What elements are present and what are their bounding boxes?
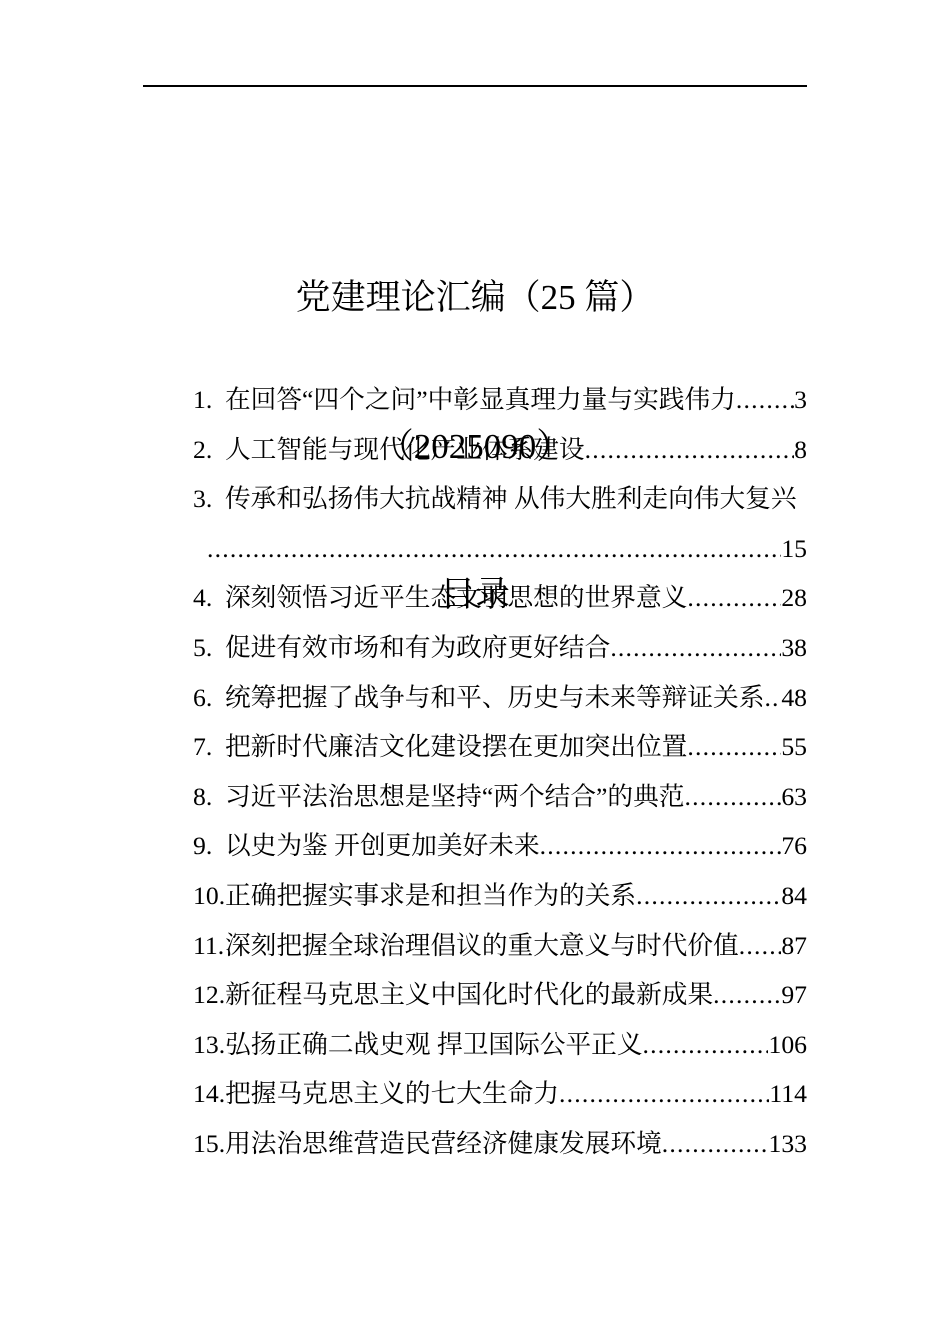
toc-leader-dots: ........................................… (736, 375, 794, 425)
toc-leader-dots: ........................................… (636, 871, 781, 921)
toc-leader-dots: ........................................… (739, 921, 782, 971)
toc-page-number: 15 (781, 524, 807, 574)
toc-item-number: 2. (193, 425, 225, 475)
toc-item-title: 深刻把握全球治理倡议的重大意义与时代价值 (225, 921, 739, 971)
toc-page-number: 55 (781, 722, 807, 772)
toc-item-number: 4. (193, 573, 225, 623)
toc-row: 8. 习近平法治思想是坚持“两个结合”的典范 .................… (143, 772, 807, 822)
toc-item-number: 1. (193, 375, 225, 425)
toc-item-number: 6. (193, 673, 225, 723)
toc-row: 11. 深刻把握全球治理倡议的重大意义与时代价值 ...............… (143, 921, 807, 971)
toc-leader-dots: ........................................… (540, 821, 782, 871)
toc-row: 7. 把新时代廉洁文化建设摆在更加突出位置 ..................… (143, 722, 807, 772)
toc-item-title: 弘扬正确二战史观 捍卫国际公平正义 (225, 1020, 642, 1070)
toc-page-number: 76 (781, 821, 807, 871)
toc-item-title: 正确把握实事求是和担当作为的关系 (225, 871, 636, 921)
toc-row: 3. 传承和弘扬伟大抗战精神 从伟大胜利走向伟大复兴 (143, 474, 807, 524)
toc-leader-dots: ........................................… (610, 623, 781, 673)
toc-item-title: 习近平法治思想是坚持“两个结合”的典范 (225, 772, 685, 822)
toc-item-title: 传承和弘扬伟大抗战精神 从伟大胜利走向伟大复兴 (225, 474, 797, 524)
toc-page-number: 87 (781, 921, 807, 971)
doc-title: 党建理论汇编（25 篇） (143, 273, 807, 323)
toc-row: 6. 统筹把握了战争与和平、历史与未来等辩证关系 ...............… (143, 673, 807, 723)
toc-row: 4. 深刻领悟习近平生态文明思想的世界意义 ..................… (143, 573, 807, 623)
toc-row: 2. 人工智能与现代化产业体系建设 ......................… (143, 425, 807, 475)
toc-page-number: 106 (768, 1020, 807, 1070)
toc-item-number: 13. (193, 1020, 225, 1070)
toc-leader-dots: ........................................… (643, 1020, 769, 1070)
toc-page-number: 97 (781, 970, 807, 1020)
toc-row: 9. 以史为鉴 开创更加美好未来 .......................… (143, 821, 807, 871)
toc-page-number: 3 (794, 375, 807, 425)
document-page: 党建理论汇编（25 篇） （2025090） 目录 1. 在回答“四个之问”中彰… (0, 0, 950, 1344)
toc-leader-dots: ........................................… (207, 524, 781, 574)
toc-page-number: 8 (794, 425, 807, 475)
toc-item-title: 新征程马克思主义中国化时代化的最新成果 (225, 970, 713, 1020)
toc-item-title: 用法治思维营造民营经济健康发展环境 (225, 1119, 662, 1169)
toc-leader-dots: ........................................… (764, 673, 781, 723)
toc-item-number: 12. (193, 970, 225, 1020)
toc-leader-dots: ........................................… (687, 722, 781, 772)
toc-row: 12. 新征程马克思主义中国化时代化的最新成果 ................… (143, 970, 807, 1020)
toc-item-number: 14. (193, 1069, 225, 1119)
toc-page-number: 84 (781, 871, 807, 921)
toc-item-title: 把握马克思主义的七大生命力 (225, 1069, 559, 1119)
toc-page-number: 48 (781, 673, 807, 723)
toc-item-title: 促进有效市场和有为政府更好结合 (225, 623, 610, 673)
toc-item-title: 统筹把握了战争与和平、历史与未来等辩证关系 (225, 673, 764, 723)
toc-page-number: 38 (781, 623, 807, 673)
toc-page-number: 28 (781, 573, 807, 623)
toc-item-title: 人工智能与现代化产业体系建设 (225, 425, 585, 475)
toc-row: 14. 把握马克思主义的七大生命力 ......................… (143, 1069, 807, 1119)
toc-row: 15. 用法治思维营造民营经济健康发展环境 ..................… (143, 1119, 807, 1169)
toc-row: 5. 促进有效市场和有为政府更好结合 .....................… (143, 623, 807, 673)
toc-item-number: 11. (193, 921, 225, 971)
toc-row: 13. 弘扬正确二战史观 捍卫国际公平正义 ..................… (143, 1020, 807, 1070)
toc-page-number: 114 (769, 1069, 807, 1119)
toc-item-title: 深刻领悟习近平生态文明思想的世界意义 (225, 573, 687, 623)
toc-item-number: 3. (193, 474, 225, 524)
toc-item-number: 7. (193, 722, 225, 772)
toc-item-title: 把新时代廉洁文化建设摆在更加突出位置 (225, 722, 687, 772)
header-rule (143, 85, 807, 87)
toc-leader-dots: ........................................… (687, 573, 781, 623)
toc-row: 10. 正确把握实事求是和担当作为的关系 ...................… (143, 871, 807, 921)
toc-page-number: 63 (781, 772, 807, 822)
toc-row: ........................................… (143, 524, 807, 574)
toc-row: 1. 在回答“四个之问”中彰显真理力量与实践伟力 ...............… (143, 375, 807, 425)
toc-item-number: 10. (193, 871, 225, 921)
toc-item-title: 以史为鉴 开创更加美好未来 (225, 821, 540, 871)
toc-page-number: 133 (768, 1119, 807, 1169)
toc-item-number: 9. (193, 821, 225, 871)
toc-leader-dots: ........................................… (559, 1069, 769, 1119)
toc-item-number: 5. (193, 623, 225, 673)
toc-list: 1. 在回答“四个之问”中彰显真理力量与实践伟力 ...............… (143, 375, 807, 1169)
toc-leader-dots: ........................................… (585, 425, 795, 475)
toc-leader-dots: ........................................… (685, 772, 782, 822)
toc-leader-dots: ........................................… (713, 970, 781, 1020)
toc-item-number: 8. (193, 772, 225, 822)
toc-item-title: 在回答“四个之问”中彰显真理力量与实践伟力 (225, 375, 736, 425)
toc-leader-dots: ........................................… (662, 1119, 769, 1169)
toc-item-number: 15. (193, 1119, 225, 1169)
